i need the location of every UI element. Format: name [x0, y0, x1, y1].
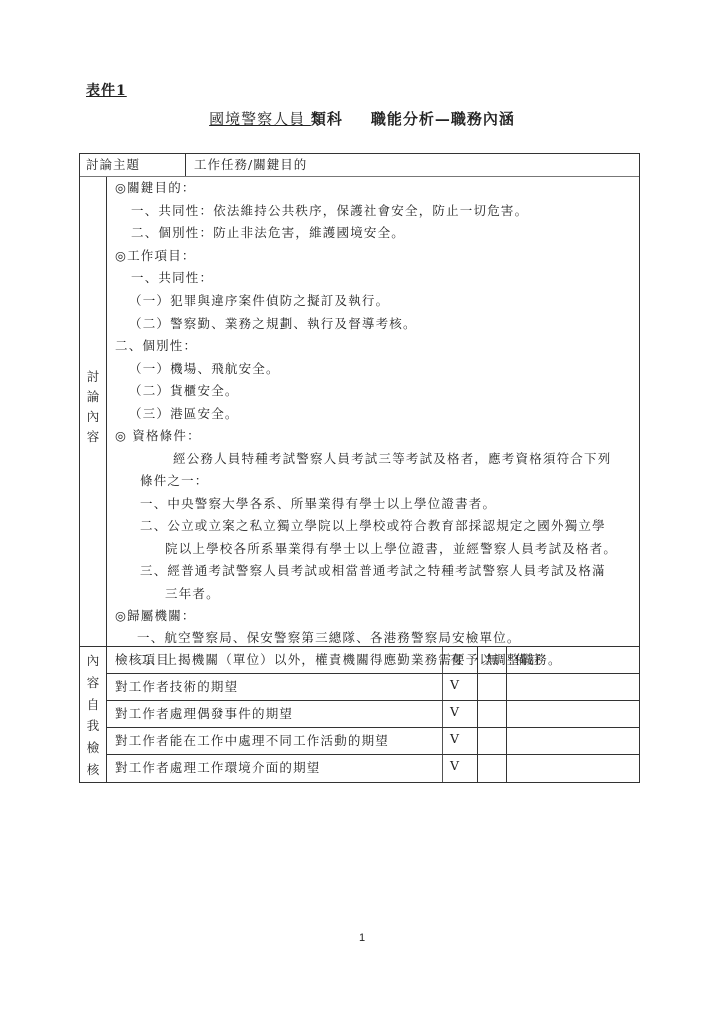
topic-label: 討論主題	[80, 154, 186, 176]
page-number: 1	[0, 932, 724, 944]
content-line: 二、個別性：防止非法危害，維護國境安全。	[131, 225, 405, 241]
content-line: 一、共同性：依法維持公共秩序，保護社會安全，防止一切危害。	[131, 203, 528, 219]
check-item: 對工作者能在工作中處理不同工作活動的期望	[107, 728, 443, 754]
check-note	[507, 674, 639, 700]
check-row: 對工作者技術的期望 V	[107, 674, 639, 701]
check-yes-mark: V	[443, 674, 478, 700]
self-check-label: 內 容 自 我 檢 核	[80, 647, 107, 782]
annex-label: 表件1	[86, 80, 127, 100]
content-line: 一、共同性：	[131, 270, 213, 286]
content-line: （二）警察勤、業務之規劃、執行及督導考核。	[129, 316, 417, 332]
content-line: 二、上揭機關（單位）以外，權責機關得應勤業務需要予以調整職務。	[137, 652, 562, 668]
check-no-mark	[478, 674, 507, 700]
check-item: 對工作者技術的期望	[107, 674, 443, 700]
content-line: 三年者。	[165, 586, 220, 602]
check-yes-mark: V	[443, 728, 478, 754]
check-note	[507, 755, 639, 782]
title-analysis: 職能分析—職務內涵	[371, 110, 515, 128]
content-line: 三、經普通考試警察人員考試或相當普通考試之特種考試警察人員考試及格滿	[140, 563, 606, 579]
content-line: 條件之一：	[140, 473, 209, 489]
content-line: （三）港區安全。	[129, 406, 239, 422]
content-line: （一）犯罪與違序案件偵防之擬訂及執行。	[129, 293, 389, 309]
document-title: 國境警察人員 類科職能分析—職務內涵	[0, 108, 724, 129]
content-line: 二、個別性：	[115, 338, 197, 354]
content-line: 院以上學校各所系畢業得有學士以上學位證書，並經警察人員考試及格者。	[165, 541, 617, 557]
check-item: 對工作者處理偶發事件的期望	[107, 701, 443, 727]
content-line: 一、航空警察局、保安警察第三總隊、各港務警察局安檢單位。	[137, 630, 521, 646]
check-no-mark	[478, 701, 507, 727]
check-row: 對工作者處理偶發事件的期望 V	[107, 701, 639, 728]
content-line: （一）機場、飛航安全。	[129, 361, 280, 377]
check-note	[507, 701, 639, 727]
content-line: 一、中央警察大學各系、所畢業得有學士以上學位證書者。	[140, 496, 496, 512]
discussion-content-row: 討 論 內 容 ◎關鍵目的： 一、共同性：依法維持公共秩序，保護社會安全，防止一…	[80, 177, 639, 647]
content-line: （二）貨櫃安全。	[129, 383, 239, 399]
section-key-purpose: ◎關鍵目的：	[115, 180, 196, 196]
check-item: 對工作者處理工作環境介面的期望	[107, 755, 443, 782]
title-category: 國境警察人員	[209, 110, 311, 128]
check-row: 對工作者處理工作環境介面的期望 V	[107, 755, 639, 782]
topic-header-row: 討論主題 工作任務/關鍵目的	[80, 154, 639, 177]
content-line: 二、公立或立案之私立獨立學院以上學校或符合教育部採認規定之國外獨立學	[140, 518, 606, 534]
check-no-mark	[478, 755, 507, 782]
content-line: 經公務人員特種考試警察人員考試三等考試及格者，應考資格須符合下列	[173, 451, 611, 467]
discussion-content-label: 討 論 內 容	[80, 177, 107, 646]
section-affiliated-agencies: ◎歸屬機關：	[115, 608, 196, 624]
check-note	[507, 728, 639, 754]
section-qualifications: ◎ 資格條件：	[115, 428, 201, 444]
discussion-content-body: ◎關鍵目的： 一、共同性：依法維持公共秩序，保護社會安全，防止一切危害。 二、個…	[107, 177, 639, 646]
check-row: 對工作者能在工作中處理不同工作活動的期望 V	[107, 728, 639, 755]
check-no-mark	[478, 728, 507, 754]
document-page: 表件1 國境警察人員 類科職能分析—職務內涵 討論主題 工作任務/關鍵目的 討 …	[0, 0, 724, 1024]
title-category-suffix: 類科	[311, 110, 343, 128]
check-yes-mark: V	[443, 701, 478, 727]
job-analysis-table: 討論主題 工作任務/關鍵目的 討 論 內 容 ◎關鍵目的： 一、共同性：依法維持…	[79, 153, 640, 783]
check-yes-mark: V	[443, 755, 478, 782]
section-work-items: ◎工作項目：	[115, 248, 196, 264]
topic-value: 工作任務/關鍵目的	[186, 154, 639, 176]
